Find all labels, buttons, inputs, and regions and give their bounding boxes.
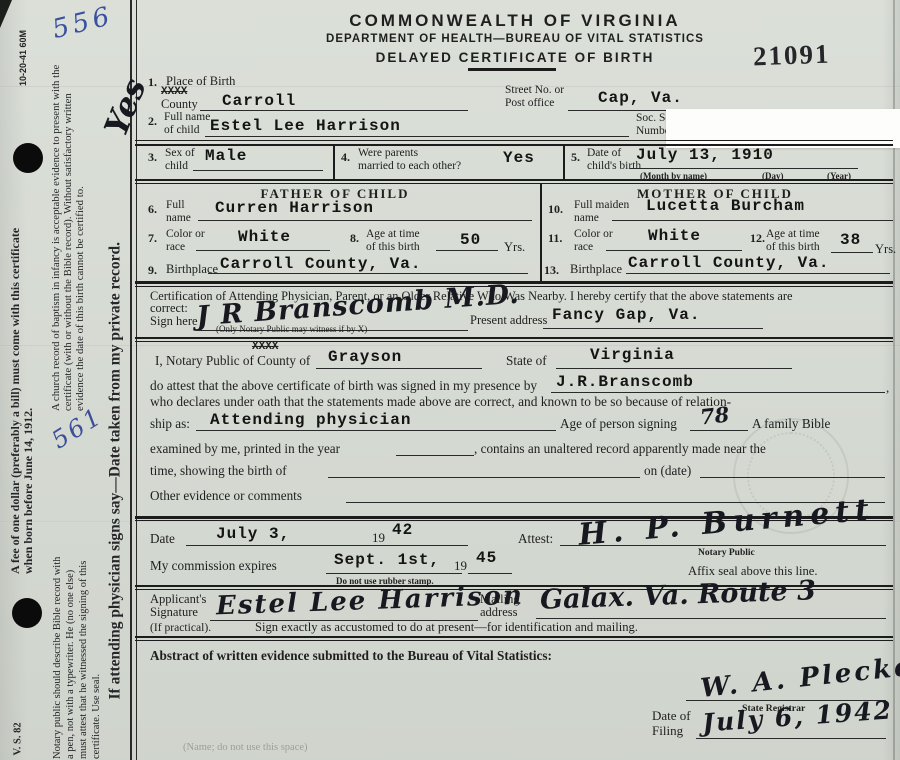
item13-number: 13.: [544, 263, 559, 278]
item8-number: 8.: [350, 231, 359, 246]
section-rule: [135, 341, 893, 342]
attest-label: Attest:: [518, 531, 553, 547]
section-rule: [135, 183, 893, 184]
underline: [612, 220, 893, 221]
underline: [316, 368, 482, 369]
relationship-value: Attending physician: [210, 411, 411, 429]
item3-label1: Sex of: [165, 147, 195, 159]
mother-name-value: Lucetta Burcham: [646, 197, 805, 215]
abstract-label: Abstract of written evidence submitted t…: [150, 648, 552, 664]
underline: [200, 110, 468, 111]
item10-label1: Full maiden: [574, 199, 629, 211]
underline: [606, 250, 742, 251]
ship-as-label: ship as:: [150, 416, 190, 432]
section-rule: [135, 636, 893, 638]
date-year-value: 42: [392, 521, 413, 539]
underline: [630, 168, 858, 169]
mailing-address-value: Galax. Va. Route 3: [540, 575, 817, 616]
punch-hole: [12, 598, 42, 628]
item7-label1: Color or: [166, 228, 205, 240]
notary-struck-text: XXXX: [252, 341, 278, 353]
vs-code: V. S. 82: [13, 706, 26, 756]
margin-note-556: 556: [49, 1, 116, 45]
underline: [560, 545, 886, 546]
item4-number: 4.: [341, 150, 350, 165]
item12-label1: Age at time: [766, 228, 820, 240]
item6-label2: name: [166, 212, 191, 224]
section-rule: [135, 179, 893, 181]
mailing-label2: address: [480, 605, 518, 620]
item10-number: 10.: [548, 202, 563, 217]
punch-hole: [13, 143, 43, 173]
department-subtitle: DEPARTMENT OF HEALTH—BUREAU OF VITAL STA…: [275, 33, 755, 45]
section-rule: [135, 337, 893, 339]
if-practical-label: (If practical).: [150, 621, 211, 634]
scanned-birth-certificate: 10-20-41 60M 556 A fee of one dollar (pr…: [0, 0, 900, 760]
examined-line: examined by me, printed in the year: [150, 441, 340, 457]
sign-instruction: Sign exactly as accustomed to do at pres…: [255, 620, 638, 635]
time-showing-line: time, showing the birth of: [150, 463, 287, 479]
mother-race-value: White: [648, 227, 701, 245]
underline: [205, 136, 629, 137]
item9-label: Birthplace: [166, 262, 218, 277]
item9-number: 9.: [148, 263, 157, 278]
age-of-person-label: Age of person signing: [560, 416, 677, 432]
present-address-value: Fancy Gap, Va.: [552, 306, 700, 324]
underline: [696, 738, 886, 739]
child-name-value: Estel Lee Harrison: [210, 117, 401, 135]
item1-number: 1.: [148, 75, 157, 90]
attest-name-value: J.R.Branscomb: [556, 373, 694, 391]
underline: [468, 573, 512, 574]
item13-label: Birthplace: [570, 262, 622, 277]
underline: [208, 273, 528, 274]
item4-label1: Were parents: [358, 147, 418, 159]
parent-divider: [540, 183, 542, 282]
underline: [193, 170, 323, 171]
father-age-value: 50: [460, 231, 481, 249]
other-evidence-label: Other evidence or comments: [150, 488, 302, 504]
underline: [436, 250, 498, 251]
county-value: Carroll: [222, 92, 296, 110]
section-rule: [135, 640, 893, 641]
notary-county-value: Grayson: [328, 348, 402, 366]
married-value: Yes: [503, 149, 535, 167]
date-year-printed: 19: [372, 530, 385, 546]
underline: [831, 252, 873, 253]
underline: [326, 573, 462, 574]
underline: [626, 273, 890, 274]
father-name-value: Curren Harrison: [215, 199, 374, 217]
underline: [196, 250, 330, 251]
fee-note: A fee of one dollar (preferably a bill) …: [9, 210, 37, 574]
attest-line: do attest that the above certificate of …: [150, 378, 537, 394]
item11-number: 11.: [548, 231, 562, 246]
date-label: Date: [150, 531, 175, 547]
underline: [186, 545, 468, 546]
postoffice-value: Cap, Va.: [598, 89, 683, 107]
certificate-number-stamp: 21091: [752, 39, 831, 73]
family-bible-text: A family Bible: [752, 416, 830, 432]
item6-label1: Full: [166, 199, 185, 211]
attest-line-comma: ,: [886, 380, 889, 396]
column-divider: [333, 146, 335, 180]
witness-note: (Only Notary Public may witness if by X): [216, 324, 367, 334]
footer-note: (Name; do not use this space): [183, 742, 308, 753]
column-divider: [563, 146, 565, 180]
fold-crease: [0, 345, 900, 347]
underline: [396, 455, 474, 456]
item8-label1: Age at time: [366, 228, 420, 240]
item2-label1: Full name: [164, 111, 210, 123]
item3-label2: child: [165, 160, 188, 172]
commission-value: Sept. 1st,: [334, 551, 440, 569]
mother-birthplace-value: Carroll County, Va.: [628, 254, 829, 272]
underline: [543, 328, 763, 329]
title-rule: [468, 68, 556, 71]
item12-label2: of this birth: [766, 241, 820, 253]
present-address-label: Present address: [470, 313, 547, 328]
birthdate-value: July 13, 1910: [636, 146, 774, 164]
commission-label: My commission expires: [150, 558, 277, 574]
mother-age-unit: Yrs.: [875, 242, 896, 257]
date-value: July 3,: [216, 525, 290, 543]
section-rule: [135, 140, 893, 141]
underline: [556, 368, 792, 369]
underline: [196, 430, 556, 431]
notary-county-label: I, Notary Public of County of: [155, 353, 310, 369]
state-of-label: State of: [506, 353, 547, 369]
item3-number: 3.: [148, 150, 157, 165]
sex-value: Male: [205, 147, 247, 165]
underline: [700, 477, 885, 478]
county-label: County: [161, 97, 198, 112]
physician-note: If attending physician signs say—Date ta…: [106, 133, 128, 700]
item12-number: 12.: [750, 231, 765, 246]
margin-note-yes: Yes: [97, 73, 154, 141]
father-race-value: White: [238, 228, 291, 246]
relation-line: who declares under oath that the stateme…: [150, 394, 731, 410]
father-birthplace-value: Carroll County, Va.: [220, 255, 421, 273]
filing-label2: Filing: [652, 723, 683, 739]
church-note: A church record of baptism in infancy is…: [50, 55, 98, 411]
commonwealth-title: COMMONWEALTH OF VIRGINIA: [275, 11, 755, 31]
item8-label2: of this birth: [366, 241, 420, 253]
form-title: DELAYED CERTIFICATE OF BIRTH: [275, 50, 755, 65]
underline: [551, 392, 885, 393]
filing-date-value: July 6, 1942: [701, 695, 894, 737]
contains-line: , contains an unaltered record apparentl…: [474, 441, 766, 457]
street-label: Street No. or: [505, 84, 564, 96]
applicant-label2: Signature: [150, 605, 198, 620]
item11-label1: Color or: [574, 228, 613, 240]
item7-label2: race: [166, 241, 185, 253]
section-rule: [135, 144, 893, 146]
item5-label1: Date of: [587, 147, 621, 159]
postoffice-label: Post office: [505, 97, 554, 109]
item10-label2: name: [574, 212, 599, 224]
underline: [536, 618, 886, 619]
father-age-unit: Yrs.: [504, 240, 525, 255]
commission-year-printed: 19: [454, 558, 467, 574]
print-code: 10-20-41 60M: [18, 22, 30, 86]
item2-number: 2.: [148, 114, 157, 129]
underline: [198, 220, 532, 221]
notary-public-label: Notary Public: [698, 548, 755, 558]
notary-margin-note: Notary public should describe Bible reco…: [51, 553, 103, 759]
underline: [690, 430, 748, 431]
item5-number: 5.: [571, 150, 580, 165]
ssn-redaction-box: [666, 109, 900, 148]
item11-label2: race: [574, 241, 593, 253]
item7-number: 7.: [148, 231, 157, 246]
underline: [328, 477, 640, 478]
item2-label2: of child: [164, 124, 199, 136]
age-of-person-value: 78: [699, 402, 731, 430]
state-value: Virginia: [590, 346, 675, 364]
on-date-label: on (date): [644, 463, 691, 479]
item4-label2: married to each other?: [358, 160, 461, 172]
item6-number: 6.: [148, 202, 157, 217]
item5-label2: child's birth: [587, 160, 641, 172]
corner-shadow: [0, 0, 12, 28]
sign-here-label: Sign here: [150, 314, 198, 329]
mother-age-value: 38: [840, 231, 861, 249]
filing-label1: Date of: [652, 708, 691, 724]
commission-year-value: 45: [476, 549, 497, 567]
